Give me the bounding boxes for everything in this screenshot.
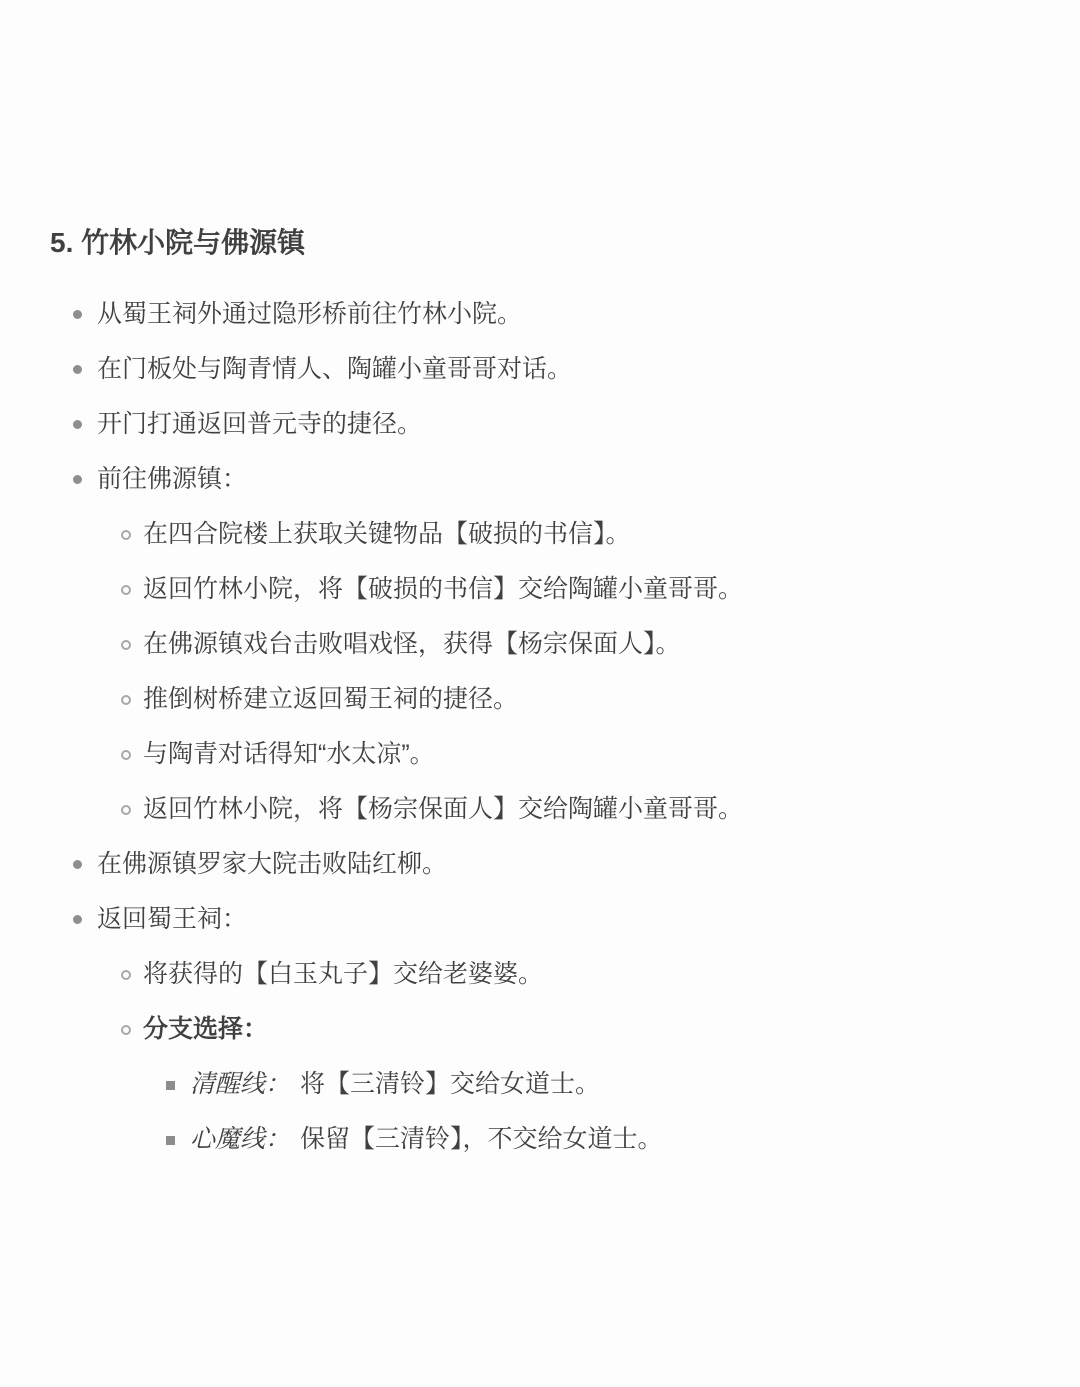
list-item-text: 心魔线：保留【三清铃】，不交给女道士。 (190, 1125, 663, 1153)
bullet-disc-icon (73, 860, 82, 869)
list-item: 返回竹林小院，将【破损的书信】交给陶罐小童哥哥。 (143, 573, 1040, 606)
bullet-square-icon (166, 1136, 175, 1145)
document-page: 5. 竹林小院与佛源镇 从蜀王祠外通过隐形桥前往竹林小院。 在门板处与陶青情人、… (0, 0, 1080, 1387)
list-item: 在四合院楼上获取关键物品【破损的书信】。 (143, 518, 1040, 551)
bullet-circle-icon (121, 530, 131, 540)
list-item: 返回竹林小院，将【杨宗保面人】交给陶罐小童哥哥。 (143, 793, 1040, 826)
list-item: 在佛源镇戏台击败唱戏怪，获得【杨宗保面人】。 (143, 628, 1040, 661)
list-item-text: 在门板处与陶青情人、陶罐小童哥哥对话。 (97, 355, 572, 383)
list-item: 开门打通返回普元寺的捷径。 (97, 408, 1040, 441)
list-item-text: 在四合院楼上获取关键物品【破损的书信】。 (143, 520, 631, 548)
bullet-circle-icon (121, 805, 131, 815)
list-item-text: 返回竹林小院，将【杨宗保面人】交给陶罐小童哥哥。 (143, 795, 743, 823)
bullet-disc-icon (73, 365, 82, 374)
list-item: 分支选择： 清醒线：将【三清铃】交给女道士。 心魔线：保留【三清铃】，不交给女道… (143, 1013, 1040, 1156)
outline-sublist: 将获得的【白玉丸子】交给老婆婆。 分支选择： 清醒线：将【三清铃】交给女道士。 … (143, 958, 1040, 1156)
branch-label: 清醒线： (190, 1070, 290, 1098)
list-item: 清醒线：将【三清铃】交给女道士。 (190, 1068, 1040, 1101)
bullet-disc-icon (73, 310, 82, 319)
list-item-text: 开门打通返回普元寺的捷径。 (97, 410, 422, 438)
list-item: 返回蜀王祠： 将获得的【白玉丸子】交给老婆婆。 分支选择： 清醒线：将【三清铃】… (97, 903, 1040, 1156)
branch-text: 将【三清铃】交给女道士。 (300, 1070, 600, 1098)
list-item-text: 在佛源镇戏台击败唱戏怪，获得【杨宗保面人】。 (143, 630, 681, 658)
bullet-circle-icon (121, 585, 131, 595)
list-item-text: 返回蜀王祠： (97, 905, 247, 933)
bullet-circle-icon (121, 750, 131, 760)
list-item-text: 与陶青对话得知“水太凉”。 (143, 740, 435, 768)
branch-label: 心魔线： (190, 1125, 290, 1153)
outline-list: 从蜀王祠外通过隐形桥前往竹林小院。 在门板处与陶青情人、陶罐小童哥哥对话。 开门… (97, 298, 1040, 1156)
list-item-text: 将获得的【白玉丸子】交给老婆婆。 (143, 960, 543, 988)
list-item: 从蜀王祠外通过隐形桥前往竹林小院。 (97, 298, 1040, 331)
branch-text: 保留【三清铃】，不交给女道士。 (300, 1125, 663, 1153)
list-item-text: 前往佛源镇： (97, 465, 247, 493)
outline-subsublist: 清醒线：将【三清铃】交给女道士。 心魔线：保留【三清铃】，不交给女道士。 (190, 1068, 1040, 1156)
bullet-circle-icon (121, 1025, 131, 1035)
bullet-circle-icon (121, 970, 131, 980)
list-item: 在佛源镇罗家大院击败陆红柳。 (97, 848, 1040, 881)
bullet-circle-icon (121, 640, 131, 650)
section-heading: 5. 竹林小院与佛源镇 (50, 224, 1040, 262)
bullet-disc-icon (73, 475, 82, 484)
bullet-disc-icon (73, 420, 82, 429)
list-item: 心魔线：保留【三清铃】，不交给女道士。 (190, 1123, 1040, 1156)
list-item-text: 在佛源镇罗家大院击败陆红柳。 (97, 850, 447, 878)
list-item: 推倒树桥建立返回蜀王祠的捷径。 (143, 683, 1040, 716)
bullet-square-icon (166, 1081, 175, 1090)
outline-sublist: 在四合院楼上获取关键物品【破损的书信】。 返回竹林小院，将【破损的书信】交给陶罐… (143, 518, 1040, 826)
list-item: 与陶青对话得知“水太凉”。 (143, 738, 1040, 771)
bullet-disc-icon (73, 915, 82, 924)
list-item-text: 清醒线：将【三清铃】交给女道士。 (190, 1070, 600, 1098)
list-item: 前往佛源镇： 在四合院楼上获取关键物品【破损的书信】。 返回竹林小院，将【破损的… (97, 463, 1040, 826)
list-item-text: 从蜀王祠外通过隐形桥前往竹林小院。 (97, 300, 522, 328)
list-item: 在门板处与陶青情人、陶罐小童哥哥对话。 (97, 353, 1040, 386)
list-item: 将获得的【白玉丸子】交给老婆婆。 (143, 958, 1040, 991)
list-item-text: 返回竹林小院，将【破损的书信】交给陶罐小童哥哥。 (143, 575, 743, 603)
list-item-text: 推倒树桥建立返回蜀王祠的捷径。 (143, 685, 518, 713)
bullet-circle-icon (121, 695, 131, 705)
list-item-text: 分支选择： (143, 1015, 268, 1043)
